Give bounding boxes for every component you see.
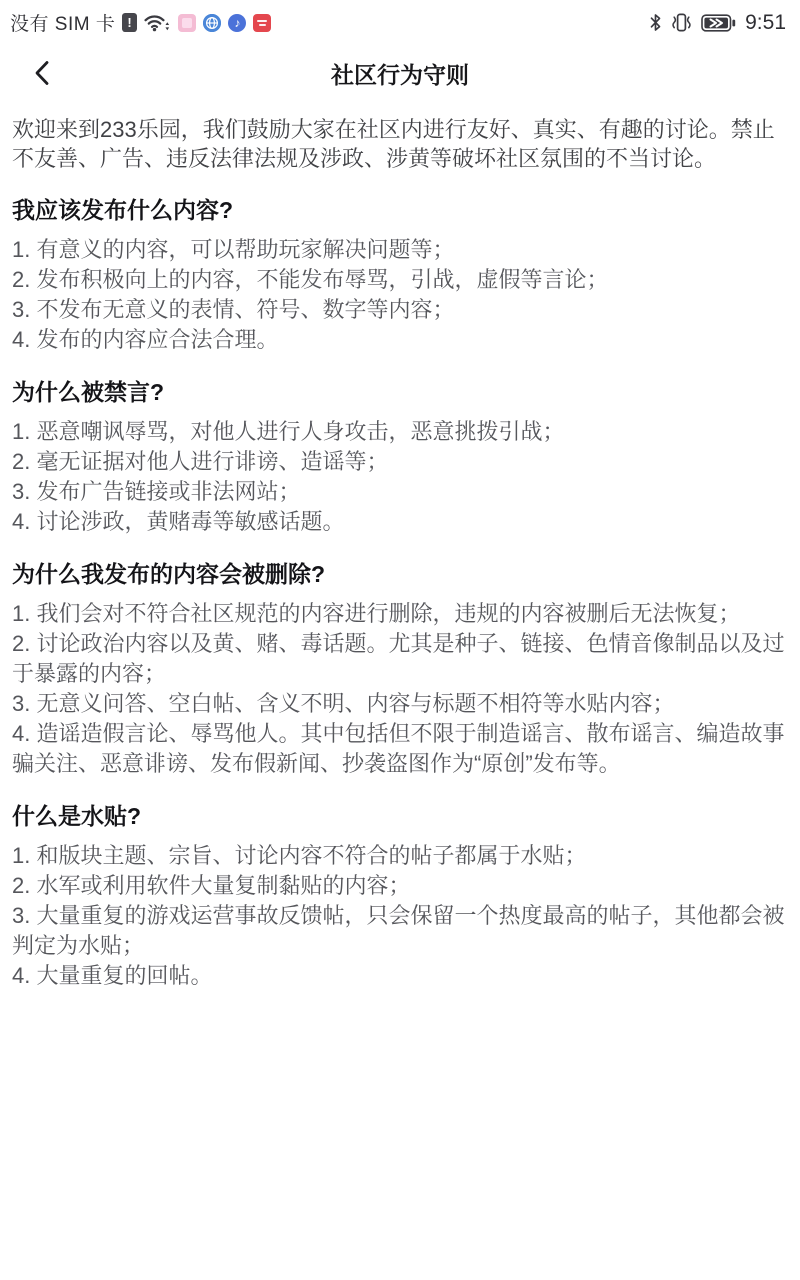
battery-charging-icon [701, 14, 736, 32]
rule-item: 1. 我们会对不符合社区规范的内容进行删除，违规的内容被删后无法恢复； [12, 599, 788, 629]
chevron-left-icon [32, 74, 52, 89]
status-time: 9:51 [745, 11, 786, 35]
section-heading: 什么是水贴? [12, 803, 788, 830]
rule-item: 4. 发布的内容应合法合理。 [12, 325, 788, 355]
rule-item: 2. 讨论政治内容以及黄、赌、毒话题。尤其是种子、链接、色情音像制品以及过于暴露… [12, 629, 788, 689]
rule-item: 1. 恶意嘲讽辱骂，对他人进行人身攻击，恶意挑拨引战； [12, 417, 788, 447]
notification-app-red-icon [253, 14, 271, 32]
rule-item: 3. 发布广告链接或非法网站； [12, 477, 788, 507]
rule-item: 3. 无意义问答、空白帖、含义不明、内容与标题不相符等水贴内容； [12, 689, 788, 719]
section-what-is-spam: 什么是水贴? 1. 和版块主题、宗旨、讨论内容不符合的帖子都属于水贴； 2. 水… [12, 803, 788, 991]
rule-item: 1. 和版块主题、宗旨、讨论内容不符合的帖子都属于水贴； [12, 841, 788, 871]
section-why-deleted: 为什么我发布的内容会被删除? 1. 我们会对不符合社区规范的内容进行删除，违规的… [12, 561, 788, 779]
section-heading: 为什么我发布的内容会被删除? [12, 561, 788, 588]
notification-app-globe-icon [203, 14, 221, 32]
notification-app-music-icon: ♪ [228, 14, 246, 32]
rule-item: 4. 讨论涉政，黄赌毒等敏感话题。 [12, 507, 788, 537]
wifi-icon [144, 13, 171, 32]
page-title: 社区行为守则 [331, 57, 469, 90]
rule-item: 3. 不发布无意义的表情、符号、数字等内容； [12, 295, 788, 325]
section-heading: 为什么被禁言? [12, 379, 788, 406]
rule-item: 2. 发布积极向上的内容，不能发布辱骂，引战，虚假等言论； [12, 265, 788, 295]
notification-app-pink-icon [178, 14, 196, 32]
status-bar-left: 没有 SIM 卡 ! [10, 9, 271, 36]
sim-alert-icon: ! [122, 13, 137, 32]
page-header: 社区行为守则 [0, 45, 800, 101]
status-bar-right: 9:51 [649, 11, 786, 35]
screen: 没有 SIM 卡 ! [0, 0, 800, 1280]
bluetooth-icon [649, 13, 662, 32]
music-note-glyph: ♪ [234, 17, 240, 29]
section-what-to-post: 我应该发布什么内容? 1. 有意义的内容，可以帮助玩家解决问题等； 2. 发布积… [12, 197, 788, 355]
back-button[interactable] [26, 56, 58, 90]
intro-paragraph: 欢迎来到233乐园，我们鼓励大家在社区内进行友好、真实、有趣的讨论。禁止不友善、… [12, 115, 788, 173]
rule-item: 1. 有意义的内容，可以帮助玩家解决问题等； [12, 235, 788, 265]
rule-item: 2. 毫无证据对他人进行诽谤、造谣等； [12, 447, 788, 477]
rule-item: 4. 大量重复的回帖。 [12, 961, 788, 991]
no-sim-label: 没有 SIM 卡 [10, 9, 115, 36]
section-heading: 我应该发布什么内容? [12, 197, 788, 224]
rule-item: 3. 大量重复的游戏运营事故反馈帖，只会保留一个热度最高的帖子，其他都会被判定为… [12, 901, 788, 961]
section-why-muted: 为什么被禁言? 1. 恶意嘲讽辱骂，对他人进行人身攻击，恶意挑拨引战； 2. 毫… [12, 379, 788, 537]
vibrate-icon [669, 13, 694, 32]
scroll-area[interactable]: 欢迎来到233乐园，我们鼓励大家在社区内进行友好、真实、有趣的讨论。禁止不友善、… [0, 101, 800, 991]
status-bar: 没有 SIM 卡 ! [0, 0, 800, 45]
rule-item: 4. 造谣造假言论、辱骂他人。其中包括但不限于制造谣言、散布谣言、编造故事骗关注… [12, 719, 788, 779]
svg-text:!: ! [128, 15, 132, 30]
rule-item: 2. 水军或利用软件大量复制黏贴的内容； [12, 871, 788, 901]
